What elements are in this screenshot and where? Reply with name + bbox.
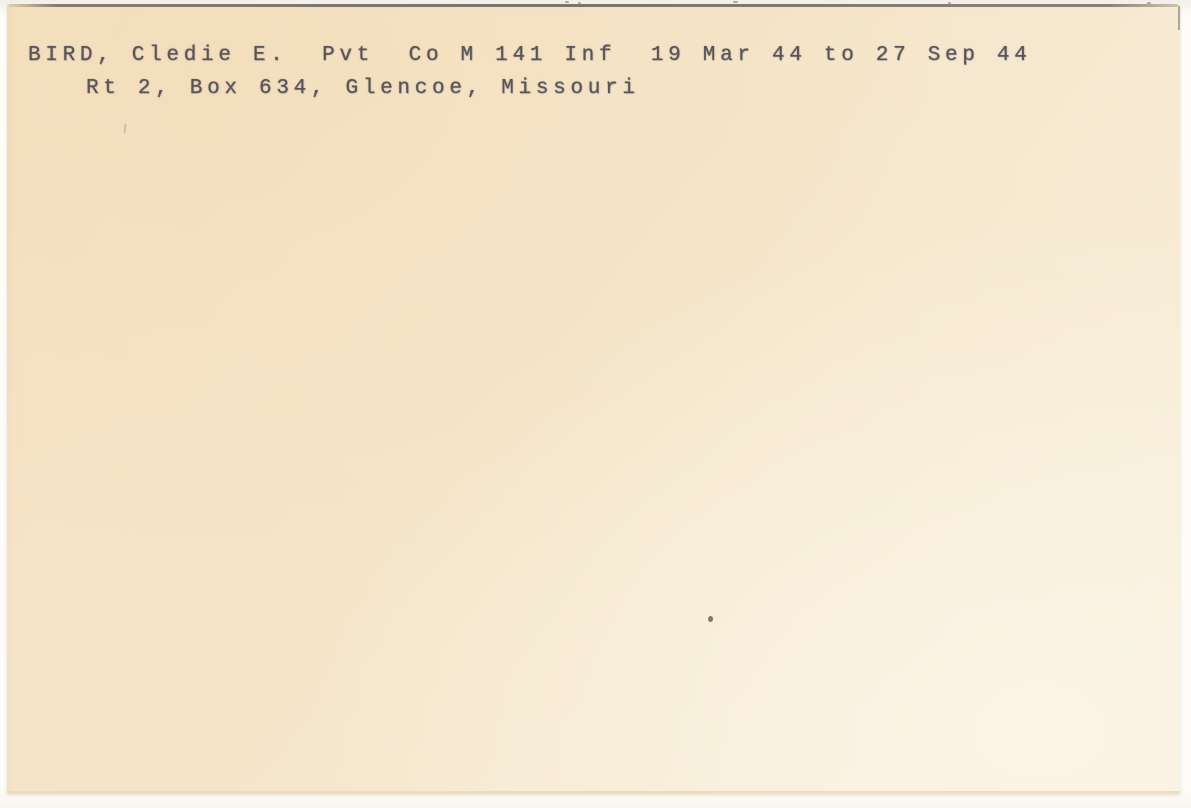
edge-speck: [1147, 2, 1151, 4]
edge-speck: [948, 2, 951, 4]
edge-speck: [733, 1, 738, 3]
faint-paper-mark: [123, 124, 126, 133]
edge-speck: [565, 1, 569, 3]
card-top-edge: [9, 4, 1178, 7]
scan-background: BIRD, Cledie E. Pvt Co M 141 Inf 19 Mar …: [0, 0, 1191, 808]
edge-speck: [578, 2, 581, 4]
card-right-edge-line: [1178, 6, 1180, 30]
address-line: Rt 2, Box 634, Glencoe, Missouri: [86, 75, 640, 102]
service-record-line: BIRD, Cledie E. Pvt Co M 141 Inf 19 Mar …: [28, 42, 1032, 69]
index-card: BIRD, Cledie E. Pvt Co M 141 Inf 19 Mar …: [7, 4, 1180, 793]
ink-speck: [708, 616, 713, 622]
